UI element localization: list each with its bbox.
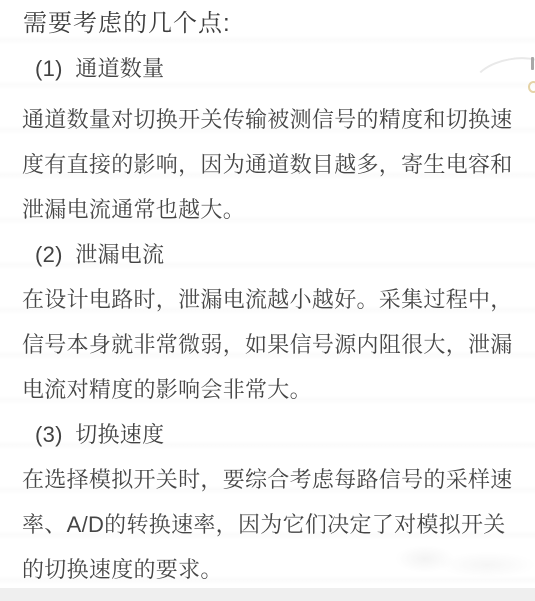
body-line: 通道数量对切换开关传输被测信号的精度和切换速	[0, 97, 535, 142]
body-line: 度有直接的影响，因为通道数目越多，寄生电容和	[0, 142, 535, 187]
section-heading-2: (2) 泄漏电流	[0, 232, 535, 277]
bottom-gray-band	[0, 588, 535, 601]
body-line: 电流对精度的影响会非常大。	[0, 367, 535, 412]
body-line: 泄漏电流通常也越大。	[0, 187, 535, 232]
document-page: 需要考虑的几个点: (1) 通道数量 通道数量对切换开关传输被测信号的精度和切换…	[0, 0, 535, 601]
intro-line: 需要考虑的几个点:	[0, 1, 535, 46]
section-heading-3: (3) 切换速度	[0, 412, 535, 457]
section-heading-1: (1) 通道数量	[0, 46, 535, 91]
body-line: 在选择模拟开关时，要综合考虑每路信号的采样速	[0, 457, 535, 502]
body-line: 在设计电路时，泄漏电流越小越好。采集过程中，	[0, 277, 535, 322]
body-line: 信号本身就非常微弱，如果信号源内阻很大，泄漏	[0, 322, 535, 367]
body-line: 率、A/D的转换速率，因为它们决定了对模拟开关	[0, 502, 535, 547]
text-block: 需要考虑的几个点: (1) 通道数量 通道数量对切换开关传输被测信号的精度和切换…	[0, 0, 535, 592]
body-line: 的切换速度的要求。	[0, 547, 535, 592]
